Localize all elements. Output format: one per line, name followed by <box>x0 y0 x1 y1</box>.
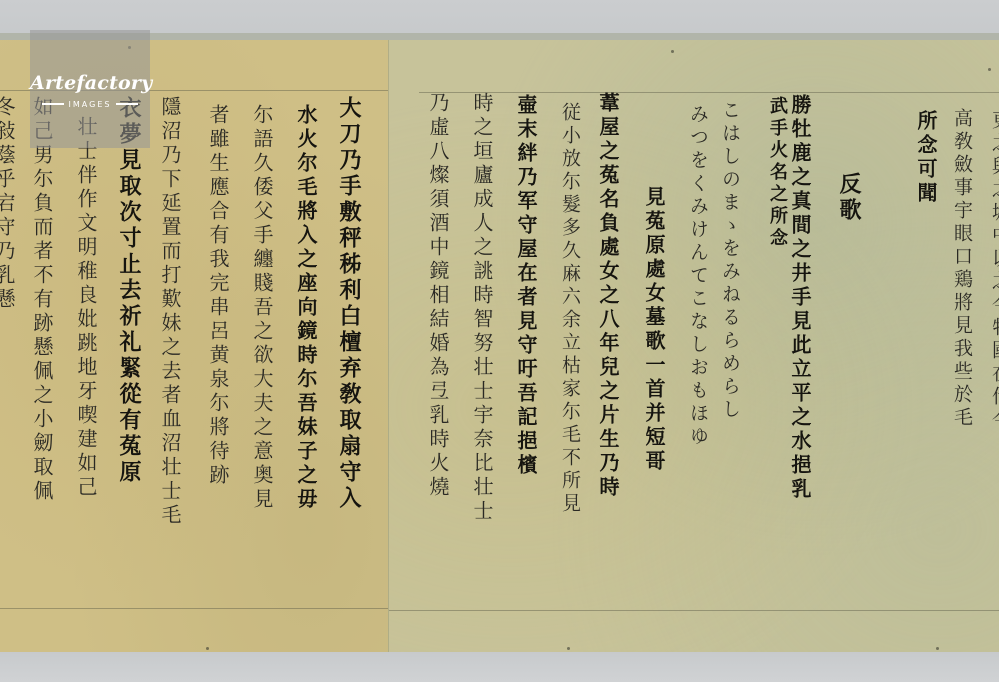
text-column: みつをくみけんてこなしおもほゆ <box>688 104 707 449</box>
text-column: 大刀乃手敷秤秭利白檀弃敎取扇守入 <box>338 96 360 512</box>
text-column: 見菟原處女墓歌一首并短哥 <box>644 186 664 474</box>
text-column: 冬敍蔭乎宕守乃乳懸 <box>0 96 14 312</box>
text-column: 乃虛八燦須酒中鏡相結婚為弖乳時火燒 <box>428 92 448 500</box>
text-column: 水火尔毛將入之座向鏡時尓吾妹子之毋 <box>296 104 316 512</box>
text-column: 葦屋之菟名負處女之八年兒之片生乃時 <box>598 92 618 500</box>
watermark-rule <box>42 103 64 105</box>
text-column: 如己男尓負而者不有跡懸佩之小劒取佩 <box>32 96 52 504</box>
text-column: 者雖生應合有我完串呂黄泉尓將待跡 <box>208 104 228 488</box>
bottom-ruled-line <box>389 610 999 611</box>
text-column: 高敎斂事宇眼口鶏將見我些於毛 <box>952 108 971 430</box>
paper-speck <box>567 647 570 650</box>
text-column: 隱沼乃下延置而打歎妹之去者血沼壮士毛 <box>160 96 180 528</box>
text-column: 従小放尓髮多久麻六余立枯家尓毛不所見 <box>560 102 579 516</box>
backdrop-bottom <box>0 652 999 682</box>
text-column: 更之與之城中以之今牝國在代今 <box>990 110 999 432</box>
bottom-ruled-line <box>0 608 388 609</box>
text-column: 勝牡鹿之真間之井手見此立平之水挹乳 <box>790 94 810 502</box>
watermark: Artefactory IMAGES <box>30 30 150 148</box>
watermark-subtitle: IMAGES <box>69 100 112 109</box>
text-column: 反歌 <box>838 172 860 224</box>
text-column: 尓語久倭父手纏賤吾之欲大夫之意奥見 <box>252 104 272 512</box>
text-column: こはしのまゝをみねるらめらし <box>720 100 739 422</box>
top-ruled-line <box>419 92 999 93</box>
watermark-rule <box>116 103 138 105</box>
text-column: 武手火名之所念 <box>768 96 786 250</box>
watermark-subtitle-row: IMAGES <box>42 98 138 110</box>
text-column: 衣夢見取次寸止去祈礼緊從有菟原 <box>118 96 140 486</box>
paper-speck <box>988 68 991 71</box>
paper-speck <box>671 50 674 53</box>
text-column: 所念可聞 <box>916 110 936 206</box>
watermark-title: Artefactory <box>30 72 150 94</box>
text-column: 壷末絆乃军守屋在者見守吁吾記挹檳 <box>516 94 536 478</box>
paper-speck <box>206 647 209 650</box>
paper-speck <box>936 647 939 650</box>
text-column: 時之垣廬成人之誂時智努壮士宇奈比壮士 <box>472 92 492 524</box>
text-column: 壮士伴作文明稚良妣跳地牙喫建如己 <box>76 116 96 500</box>
